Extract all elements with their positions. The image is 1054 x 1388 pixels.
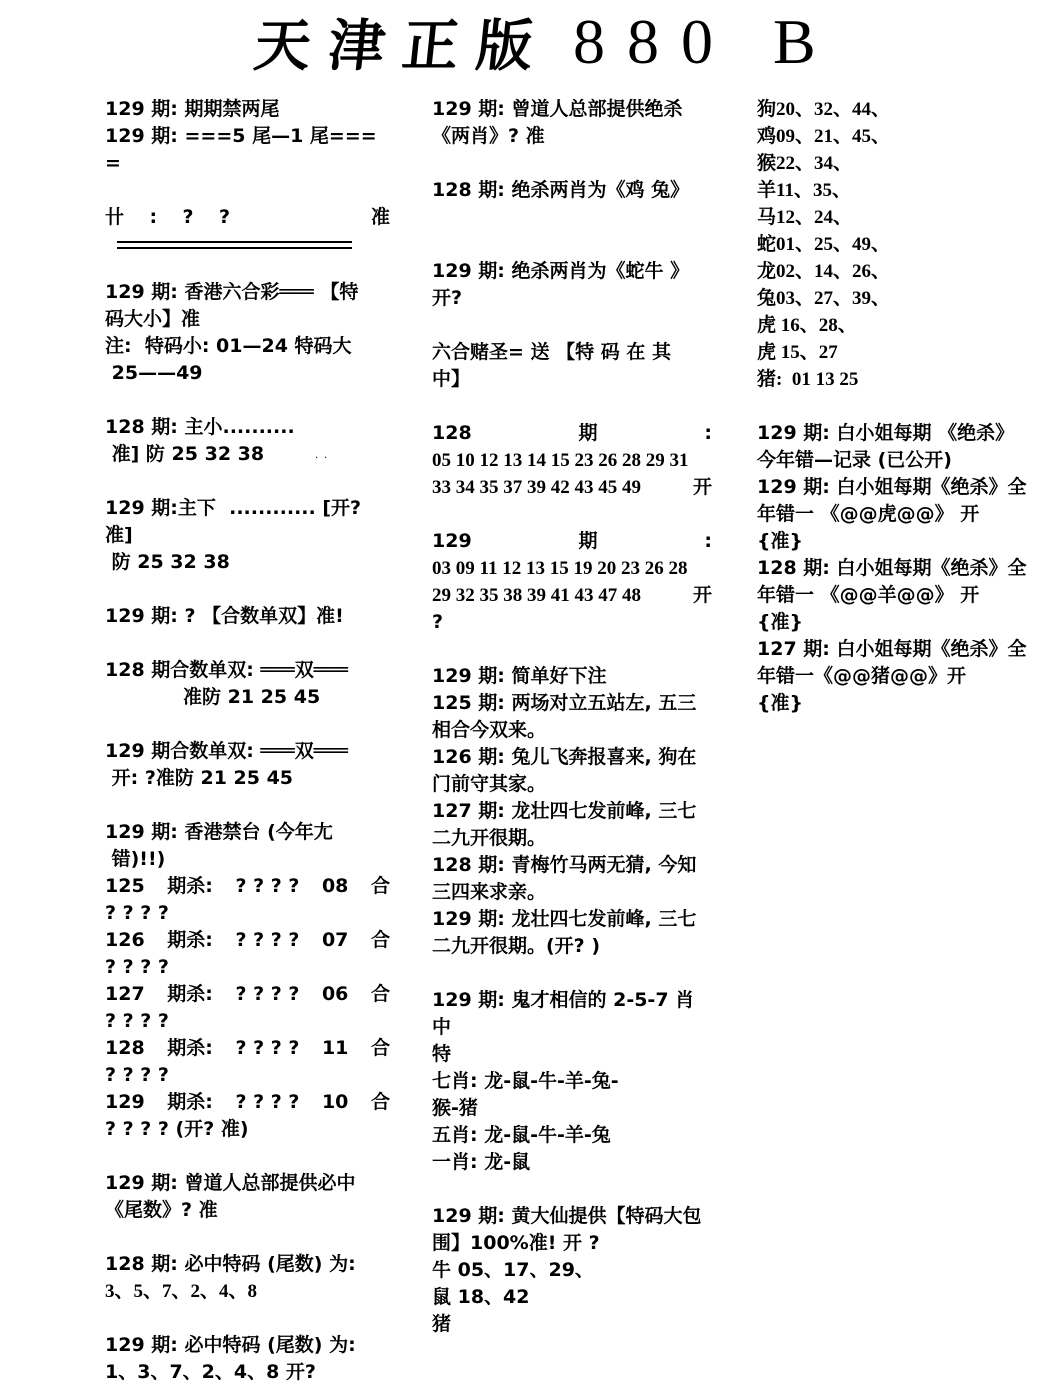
text-line: 相合今双来。 <box>432 717 712 744</box>
text-line: 129 期: 香港禁台 (今年尢 <box>105 819 390 846</box>
spacer <box>105 1305 390 1332</box>
column-middle: 129 期: 曾道人总部提供绝杀 《两肖》? 准 128 期: 绝杀两肖为《鸡 … <box>432 96 712 1338</box>
period: 129 <box>105 1089 145 1116</box>
label: 期杀: <box>167 1035 213 1062</box>
column-left: 129 期: 期期禁两尾 129 期: ===5 尾—1 尾==== 卄 : ?… <box>105 96 390 1386</box>
block-257-zodiac: 129 期: 鬼才相信的 2-5-7 肖中 特 七肖: 龙-鼠-牛-羊-兔- 猴… <box>432 987 712 1176</box>
block-miss-bai: 129 期: 白小姐每期 《绝杀》 今年错—记录 (已公开) 129 期: 白小… <box>757 420 1042 717</box>
block-129-tail-numbers: 129 期: 必中特码 (尾数) 为: 1、3、7、2、4、8 开? <box>105 1332 390 1386</box>
text-line: {准} <box>757 528 1042 555</box>
text-line: 错)!!) <box>105 846 390 873</box>
label: 期杀: <box>167 981 213 1008</box>
mask: ? ? ? ? <box>235 981 299 1008</box>
text-line: 129 期: 龙壮四七发前峰, 三七 <box>432 906 712 933</box>
spacer <box>105 177 390 204</box>
kill-row: 126期杀:? ? ? ?07合 ? ? ? ? <box>105 927 390 981</box>
zodiac-row: 虎 16、28、 <box>757 312 1042 339</box>
text-line: 129 期: 必中特码 (尾数) 为: <box>105 1332 390 1359</box>
text-line: 门前守其家。 <box>432 771 712 798</box>
mask-tail: ? ? ? ? <box>105 1062 390 1089</box>
spacer <box>432 150 712 177</box>
text-line: 129 期: 香港六合彩═══ 【特 <box>105 279 390 306</box>
spacer <box>105 249 390 279</box>
spacer <box>105 387 390 414</box>
text-line: 127 期: 龙壮四七发前峰, 三七 <box>432 798 712 825</box>
number: 08 <box>322 873 348 900</box>
text-cell: 准 <box>371 204 390 231</box>
text-line: 五肖: 龙-鼠-牛-羊-兔 <box>432 1122 712 1149</box>
text-cell: 卄 <box>105 204 124 231</box>
title-code: 880 B <box>573 5 838 79</box>
block-two-tails: 129 期: 期期禁两尾 129 期: ===5 尾—1 尾==== <box>105 96 390 177</box>
text-line: 25——49 <box>105 360 390 387</box>
block-128-kill: 128 期: 绝杀两肖为《鸡 兔》 <box>432 177 712 204</box>
text-line: 129 期: 白小姐每期《绝杀》全 <box>757 474 1042 501</box>
text-line: 二九开很期。(开? ) <box>432 933 712 960</box>
zodiac-row: 马12、24、 <box>757 204 1042 231</box>
label: 期杀: <box>167 1089 213 1116</box>
block-129-kill: 129 期: 绝杀两肖为《蛇牛 》 开? <box>432 258 712 312</box>
number: 11 <box>322 1035 348 1062</box>
spacer <box>432 636 712 663</box>
block-129-odd-even: 129 期合数单双: ═══双═══ 开: ?准防 21 25 45 <box>105 738 390 792</box>
block-128-numbers: 128 期 : 05 10 12 13 14 15 23 26 28 29 31… <box>432 420 712 501</box>
text-line: 防 25 32 38 <box>105 549 390 576</box>
text-line: 129 期: 期期禁两尾 <box>105 96 390 123</box>
text-line: 《两肖》? 准 <box>432 123 712 150</box>
text-line: 129 期: ===5 尾—1 尾==== <box>105 123 390 177</box>
he: 合 <box>371 927 390 954</box>
period: 127 <box>105 981 145 1008</box>
text-line: 129 期: 简单好下注 <box>432 663 712 690</box>
text-line: {准} <box>757 690 1042 717</box>
period: 125 <box>105 873 145 900</box>
number-list: 05 10 12 13 14 15 23 26 28 29 31 <box>432 447 712 474</box>
text-line: 特 <box>432 1041 712 1068</box>
text-line: 准防 21 25 45 <box>105 684 390 711</box>
zodiac-row: 羊11、35、 <box>757 177 1042 204</box>
mask: ? ? ? ? <box>235 1035 299 1062</box>
mask-tail: ? ? ? ? (开? 准) <box>105 1116 390 1143</box>
text-line: 今年错—记录 (已公开) <box>757 447 1042 474</box>
text-line: 一肖: 龙-鼠 <box>432 1149 712 1176</box>
text-line: 129 期: 白小姐每期 《绝杀》 <box>757 420 1042 447</box>
text-line: 二九开很期。 <box>432 825 712 852</box>
text-line: {准} <box>757 609 1042 636</box>
text-line: 七肖: 龙-鼠-牛-羊-兔- <box>432 1068 712 1095</box>
block-gambling-saint: 六合赌圣= 送 【特 码 在 其 中】 <box>432 339 712 393</box>
text-cell: : <box>149 204 157 231</box>
spacer <box>432 960 712 987</box>
number-list: 29 32 35 38 39 41 43 47 48 开 <box>432 582 712 609</box>
text-line: 129 期: 鬼才相信的 2-5-7 肖中 <box>432 987 712 1041</box>
label: 期杀: <box>167 873 213 900</box>
spacer <box>432 312 712 339</box>
text-line: ? <box>432 609 712 636</box>
mask: ? ? ? ? <box>235 1089 299 1116</box>
text-line: 129 期: ? 【合数单双】准! <box>105 603 390 630</box>
zodiac-row: 猴22、34、 <box>757 150 1042 177</box>
text-line: 年错一《@@猪@@》开 <box>757 663 1042 690</box>
text-line: 准] 防 25 32 38 <box>105 441 390 468</box>
text-line: 码大小】准 <box>105 306 390 333</box>
text-line: 128 期合数单双: ═══双═══ <box>105 657 390 684</box>
mask-tail: ? ? ? ? <box>105 954 390 981</box>
mask-tail: ? ? ? ? <box>105 1008 390 1035</box>
text-line: 127 期: 白小姐每期《绝杀》全 <box>757 636 1042 663</box>
he: 合 <box>371 1089 390 1116</box>
spacer <box>432 231 712 258</box>
label: 期杀: <box>167 927 213 954</box>
block-masked-result: 卄 : ? ? 准 <box>105 204 390 249</box>
zodiac-row: 兔03、27、39、 <box>757 285 1042 312</box>
text-line: 开? <box>432 285 712 312</box>
block-hk-banned: 129 期: 香港禁台 (今年尢 错)!!) 125期杀:? ? ? ?08合 … <box>105 819 390 1143</box>
kill-row: 125期杀:? ? ? ?08合 ? ? ? ? <box>105 873 390 927</box>
period: 128 <box>105 1035 145 1062</box>
spacer <box>432 501 712 528</box>
text-line: 开: ?准防 21 25 45 <box>105 765 390 792</box>
text-line: 猪 <box>432 1311 712 1338</box>
zodiac-row: 蛇01、25、49、 <box>757 231 1042 258</box>
period-header: 129 期 : <box>432 528 712 555</box>
block-128-main: 128 期: 主小.......... 准] 防 25 32 38 <box>105 414 390 468</box>
mask: ? ? ? ? <box>235 873 299 900</box>
double-rule-divider <box>117 241 352 249</box>
text-line: 《尾数》? 准 <box>105 1197 390 1224</box>
column-right: 狗20、32、44、 鸡09、21、45、 猴22、34、 羊11、35、 马1… <box>757 96 1042 717</box>
text-line: 三四来求亲。 <box>432 879 712 906</box>
text-line: 六合赌圣= 送 【特 码 在 其 <box>432 339 712 366</box>
text-line: 129 期合数单双: ═══双═══ <box>105 738 390 765</box>
text-line: 125 期: 两场对立五站左, 五三 <box>432 690 712 717</box>
text-line: 年错一 《@@羊@@》 开 <box>757 582 1042 609</box>
title-chinese: 天津正版 <box>251 2 555 82</box>
stray-dots: ·· <box>315 453 333 464</box>
block-tail-numbers-intro: 129 期: 曾道人总部提供必中 《尾数》? 准 <box>105 1170 390 1224</box>
number-list: 03 09 11 12 13 15 19 20 23 26 28 <box>432 555 712 582</box>
period: 126 <box>105 927 145 954</box>
text-line: 1、3、7、2、4、8 开? <box>105 1359 390 1386</box>
text-line: 129 期: 曾道人总部提供绝杀 <box>432 96 712 123</box>
spacer <box>432 204 712 231</box>
block-128-odd-even: 128 期合数单双: ═══双═══ 准防 21 25 45 <box>105 657 390 711</box>
spacer <box>105 792 390 819</box>
text-line: 128 期: 主小.......... <box>105 414 390 441</box>
text-line: 围】100%准! 开 ? <box>432 1230 712 1257</box>
text-line: 牛 05、17、29、 <box>432 1257 712 1284</box>
text-line: 128 期: 青梅竹马两无猜, 今知 <box>432 852 712 879</box>
block-poems: 129 期: 简单好下注 125 期: 两场对立五站左, 五三 相合今双来。 1… <box>432 663 712 960</box>
period-header: 128 期 : <box>432 420 712 447</box>
text-line: 猴-猪 <box>432 1095 712 1122</box>
text-line: 3、5、7、2、4、8 <box>105 1278 390 1305</box>
text-line: 126 期: 兔儿飞奔报喜来, 狗在 <box>432 744 712 771</box>
number: 10 <box>322 1089 348 1116</box>
block-129-numbers: 129 期 : 03 09 11 12 13 15 19 20 23 26 28… <box>432 528 712 636</box>
zodiac-row: 虎 15、27 <box>757 339 1042 366</box>
text-line: 128 期: 白小姐每期《绝杀》全 <box>757 555 1042 582</box>
mask-tail: ? ? ? ? <box>105 900 390 927</box>
he: 合 <box>371 981 390 1008</box>
page-title: 天津正版 880 B <box>255 2 795 82</box>
spacer <box>105 1224 390 1251</box>
spacer <box>432 1176 712 1203</box>
block-129-main: 129 期:主下 ............ [开? 准] 防 25 32 38 <box>105 495 390 576</box>
spacer <box>105 468 390 495</box>
block-big-small: 129 期: 香港六合彩═══ 【特 码大小】准 注: 特码小: 01—24 特… <box>105 279 390 387</box>
he: 合 <box>371 873 390 900</box>
masked-line: 卄 : ? ? 准 <box>105 204 390 231</box>
mask: ? ? ? ? <box>235 927 299 954</box>
he: 合 <box>371 1035 390 1062</box>
zodiac-row: 龙02、14、26、 <box>757 258 1042 285</box>
kill-row: 127期杀:? ? ? ?06合 ? ? ? ? <box>105 981 390 1035</box>
number: 06 <box>322 981 348 1008</box>
block-odd-even: 129 期: ? 【合数单双】准! <box>105 603 390 630</box>
zodiac-number-list: 狗20、32、44、 鸡09、21、45、 猴22、34、 羊11、35、 马1… <box>757 96 1042 393</box>
text-line: 129 期:主下 ............ [开? 准] <box>105 495 390 549</box>
text-line: 128 期: 绝杀两肖为《鸡 兔》 <box>432 177 712 204</box>
text-cell: ? <box>183 204 194 231</box>
number-list: 33 34 35 37 39 42 43 45 49 开 <box>432 474 712 501</box>
spacer <box>432 393 712 420</box>
text-line: 中】 <box>432 366 712 393</box>
text-line: 注: 特码小: 01—24 特码大 <box>105 333 390 360</box>
zodiac-row: 狗20、32、44、 <box>757 96 1042 123</box>
spacer <box>105 1143 390 1170</box>
zodiac-row: 猪: 01 13 25 <box>757 366 1042 393</box>
text-line: 鼠 18、42 <box>432 1284 712 1311</box>
text-line: 129 期: 黄大仙提供【特码大包 <box>432 1203 712 1230</box>
text-line: 年错一 《@@虎@@》 开 <box>757 501 1042 528</box>
kill-row: 129期杀:? ? ? ?10合 ? ? ? ? (开? 准) <box>105 1089 390 1143</box>
zodiac-row: 鸡09、21、45、 <box>757 123 1042 150</box>
spacer <box>105 630 390 657</box>
kill-row: 128期杀:? ? ? ?11合 ? ? ? ? <box>105 1035 390 1089</box>
spacer <box>105 576 390 603</box>
block-wong-tai-sin: 129 期: 黄大仙提供【特码大包 围】100%准! 开 ? 牛 05、17、2… <box>432 1203 712 1338</box>
text-line: 129 期: 曾道人总部提供必中 <box>105 1170 390 1197</box>
block-128-tail-numbers: 128 期: 必中特码 (尾数) 为: 3、5、7、2、4、8 <box>105 1251 390 1305</box>
number: 07 <box>322 927 348 954</box>
text-cell: ? <box>219 204 230 231</box>
text-line: 129 期: 绝杀两肖为《蛇牛 》 <box>432 258 712 285</box>
spacer <box>105 711 390 738</box>
text-line: 128 期: 必中特码 (尾数) 为: <box>105 1251 390 1278</box>
block-kill-two-zodiac: 129 期: 曾道人总部提供绝杀 《两肖》? 准 <box>432 96 712 150</box>
spacer <box>757 393 1042 420</box>
